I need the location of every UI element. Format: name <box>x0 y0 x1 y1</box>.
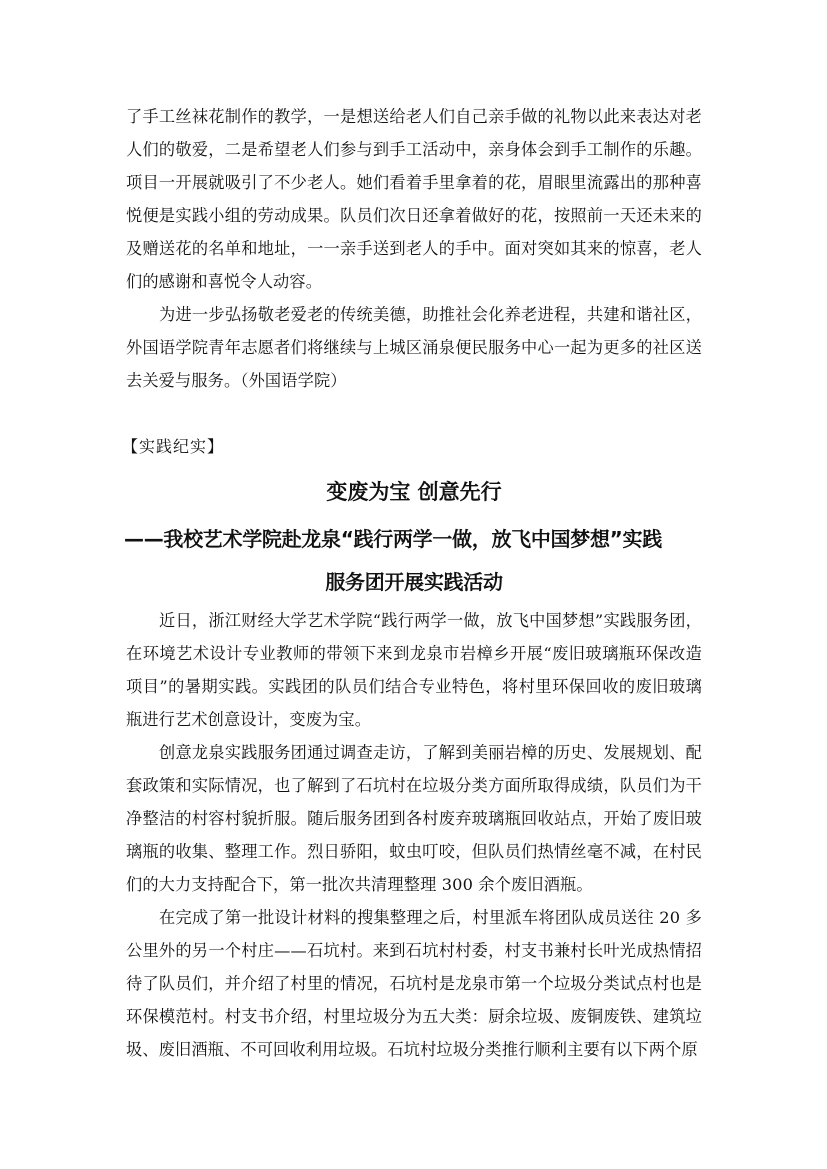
body-paragraph: 创意龙泉实践服务团通过调查走访，了解到美丽岩樟的历史、发展规划、配套政策和实际情… <box>126 736 702 901</box>
article-title: 变废为宝 创意先行 <box>126 476 702 508</box>
article-subtitle: ——我校艺术学院赴龙泉“践行两学一做，放飞中国梦想”实践 服务团开展实践活动 <box>126 518 702 604</box>
article-subtitle-line2: 服务团开展实践活动 <box>126 561 702 604</box>
section-tag: 【实践纪实】 <box>122 430 702 463</box>
body-paragraph: 近日，浙江财经大学艺术学院“践行两学一做，放飞中国梦想”实践服务团，在环境艺术设… <box>126 604 702 736</box>
body-paragraph: 为进一步弘扬敬老爱老的传统美德，助推社会化养老进程，共建和谐社区，外国语学院青年… <box>126 298 702 397</box>
body-paragraph: 了手工丝袜花制作的教学，一是想送给老人们自己亲手做的礼物以此来表达对老人们的敬爱… <box>126 100 702 298</box>
document-page: 了手工丝袜花制作的教学，一是想送给老人们自己亲手做的礼物以此来表达对老人们的敬爱… <box>126 100 702 1066</box>
article-subtitle-line1: ——我校艺术学院赴龙泉“践行两学一做，放飞中国梦想”实践 <box>124 518 702 561</box>
body-paragraph: 在完成了第一批设计材料的搜集整理之后，村里派车将团队成员送往 20 多公里外的另… <box>126 901 702 1066</box>
